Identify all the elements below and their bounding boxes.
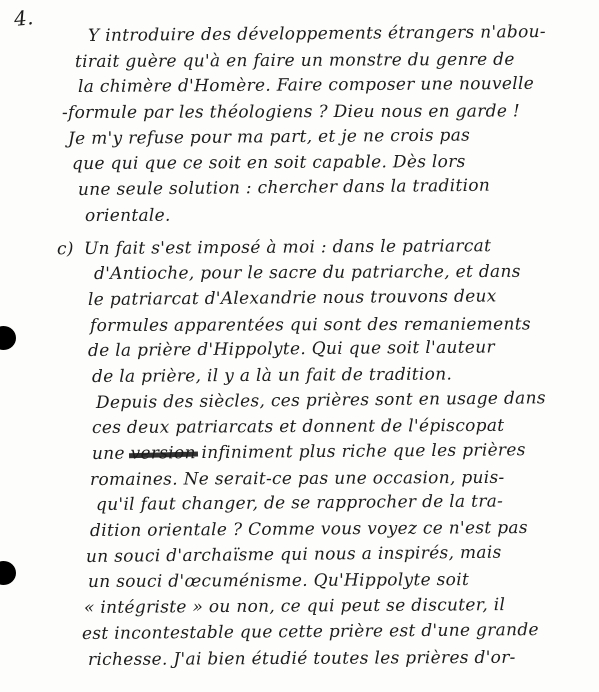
page-number: 4. (13, 5, 34, 31)
manuscript-line: la chimère d'Homère. Faire composer une … (78, 72, 589, 101)
manuscript-line: orientale. (85, 202, 589, 229)
hole-punch-icon (0, 561, 16, 585)
hole-punch-icon (0, 326, 16, 350)
manuscript-line: c)Un fait s'est imposé à moi : dans le p… (84, 233, 589, 262)
manuscript-line: de la prière d'Hippolyte. Qui que soit l… (88, 335, 589, 365)
manuscript-line-text: Un fait s'est imposé à moi : dans le pat… (84, 236, 491, 259)
manuscript-line-text: infiniment plus riche que les prières (196, 440, 526, 463)
struck-word: version (130, 443, 195, 464)
manuscript-line-text: une (92, 444, 131, 464)
manuscript-line: une seule solution : chercher dans la tr… (78, 173, 589, 204)
manuscript-line: est incontestable que cette prière est d… (82, 617, 589, 647)
paragraph-2: c)Un fait s'est imposé à moi : dans le p… (84, 237, 589, 674)
manuscript-page: 4. Y introduire des développements étran… (0, 0, 599, 692)
manuscript-line: un souci d'œcuménisme. Qu'Hippolyte soit (88, 568, 589, 596)
manuscript-line: Depuis des siècles, ces prières sont en … (96, 385, 589, 416)
paragraph-1: Y introduire des développements étranger… (84, 24, 589, 230)
paragraph-marker: c) (57, 237, 84, 263)
handwritten-text-block: Y introduire des développements étranger… (84, 24, 589, 673)
manuscript-line: qu'il faut changer, de se rapprocher de … (96, 489, 589, 519)
manuscript-line: Je m'y refuse pour ma part, et je ne cro… (68, 122, 589, 152)
manuscript-line: le patriarcat d'Alexandrie nous trouvons… (88, 284, 589, 314)
manuscript-line-with-correction: une version infiniment plus riche que le… (92, 438, 589, 468)
manuscript-line: Y introduire des développements étranger… (88, 20, 589, 50)
manuscript-line: un souci d'archaïsme qui nous a inspirés… (86, 539, 589, 570)
manuscript-line: richesse. J'ai bien étudié toutes les pr… (88, 645, 589, 673)
